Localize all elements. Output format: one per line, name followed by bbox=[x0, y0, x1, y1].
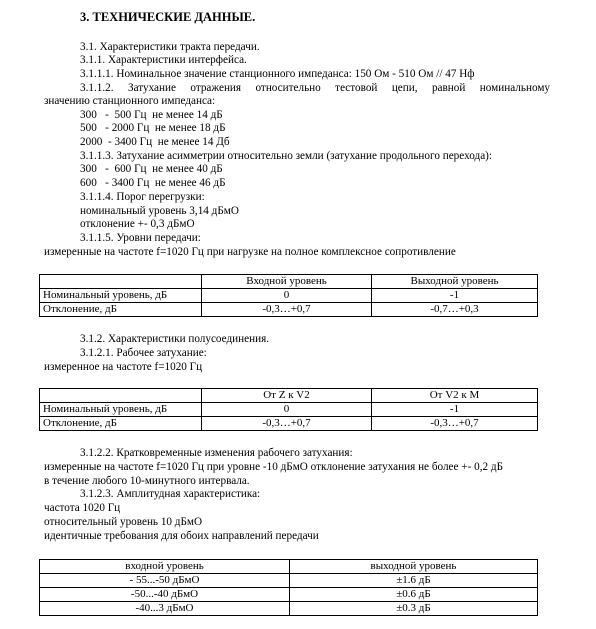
paragraph-3-1-1-5-note: измеренные на частоте f=1020 Гц при нагр… bbox=[44, 246, 456, 259]
heading-3-1-2-2: 3.1.2.2. Кратковременные изменения рабоч… bbox=[80, 447, 353, 460]
table-header-row: входной уровень выходной уровень bbox=[40, 560, 538, 574]
paragraph-3-1-1-3: 3.1.1.3. Затухание асимметрии относитель… bbox=[80, 150, 492, 163]
table-cell: -50...-40 дБмО bbox=[40, 588, 290, 602]
paragraph-3-1-2-2-cont: в течение любого 10-минутного интервала. bbox=[44, 475, 250, 488]
table-row: Номинальный уровень, дБ 0 -1 bbox=[40, 403, 538, 417]
table-cell: ±0.6 дБ bbox=[290, 588, 538, 602]
reflection-line: 2000 - 3400 Гц не менее 14 Дб bbox=[80, 136, 230, 149]
table-cell: Отклонение, дБ bbox=[40, 303, 202, 317]
working-attenuation-table: От Z к V2 От V2 к M Номинальный уровень,… bbox=[39, 388, 538, 431]
overload-line: номинальный уровень 3,14 дБмО bbox=[80, 205, 239, 218]
table-cell: -40...3 дБмО bbox=[40, 602, 290, 616]
reflection-line: 300 - 500 Гц не менее 14 дБ bbox=[80, 109, 223, 122]
table-header-cell: Входной уровень bbox=[202, 275, 372, 289]
section-title: 3. ТЕХНИЧЕСКИЕ ДАННЫЕ. bbox=[80, 11, 255, 24]
table-cell: -0,3…+0,7 bbox=[372, 417, 538, 431]
table-header-cell: входной уровень bbox=[40, 560, 290, 574]
table-cell: -0,3…+0,7 bbox=[202, 417, 372, 431]
heading-3-1-2-1: 3.1.2.1. Рабочее затухание: bbox=[80, 347, 207, 360]
table-header-cell: Выходной уровень bbox=[372, 275, 538, 289]
heading-3-1-2-3: 3.1.2.3. Амплитудная характеристика: bbox=[80, 488, 260, 501]
amplitude-line: относительный уровень 10 дБмО bbox=[44, 516, 202, 529]
table-header-cell bbox=[40, 275, 202, 289]
heading-3-1: 3.1. Характеристики тракта передачи. bbox=[80, 41, 260, 54]
overload-line: отклонение +- 0,3 дБмО bbox=[80, 218, 195, 231]
table-cell: -1 bbox=[372, 289, 538, 303]
paragraph-3-1-1-4: 3.1.1.4. Порог перегрузки: bbox=[80, 191, 205, 204]
table-header-cell: От Z к V2 bbox=[202, 389, 372, 403]
table-row: -50...-40 дБмО ±0.6 дБ bbox=[40, 588, 538, 602]
table-header-cell: выходной уровень bbox=[290, 560, 538, 574]
paragraph-3-1-2-1-note: измеренное на частоте f=1020 Гц bbox=[44, 361, 202, 374]
amplitude-table: входной уровень выходной уровень - 55...… bbox=[39, 559, 538, 616]
table-header-row: Входной уровень Выходной уровень bbox=[40, 275, 538, 289]
table-cell: 0 bbox=[202, 289, 372, 303]
table-row: Номинальный уровень, дБ 0 -1 bbox=[40, 289, 538, 303]
table-row: Отклонение, дБ -0,3…+0,7 -0,3…+0,7 bbox=[40, 417, 538, 431]
table-row: - 55...-50 дБмО ±1.6 дБ bbox=[40, 574, 538, 588]
table-cell: - 55...-50 дБмО bbox=[40, 574, 290, 588]
table-cell: -0,7…+0,3 bbox=[372, 303, 538, 317]
asymmetry-line: 600 - 3400 Гц не менее 46 дБ bbox=[80, 177, 226, 190]
heading-3-1-2: 3.1.2. Характеристики полусоединения. bbox=[80, 333, 269, 346]
table-cell: -1 bbox=[372, 403, 538, 417]
paragraph-3-1-2-2: измеренные на частоте f=1020 Гц при уров… bbox=[44, 461, 503, 474]
table-row: -40...3 дБмО ±0.3 дБ bbox=[40, 602, 538, 616]
paragraph-3-1-1-1: 3.1.1.1. Номинальное значение станционно… bbox=[80, 68, 475, 81]
paragraph-3-1-1-2: 3.1.1.2. Затухание отражения относительн… bbox=[80, 82, 550, 95]
transmission-levels-table: Входной уровень Выходной уровень Номинал… bbox=[39, 274, 538, 317]
amplitude-line: частота 1020 Гц bbox=[44, 502, 120, 515]
table-cell: Отклонение, дБ bbox=[40, 417, 202, 431]
heading-3-1-1: 3.1.1. Характеристики интерфейса. bbox=[80, 54, 247, 67]
amplitude-line: идентичные требования для обоих направле… bbox=[44, 530, 319, 543]
table-header-cell bbox=[40, 389, 202, 403]
table-cell: 0 bbox=[202, 403, 372, 417]
table-cell: ±1.6 дБ bbox=[290, 574, 538, 588]
table-cell: Номинальный уровень, дБ bbox=[40, 403, 202, 417]
table-row: Отклонение, дБ -0,3…+0,7 -0,7…+0,3 bbox=[40, 303, 538, 317]
paragraph-3-1-1-5: 3.1.1.5. Уровни передачи: bbox=[80, 232, 201, 245]
asymmetry-line: 300 - 600 Гц не менее 40 дБ bbox=[80, 163, 223, 176]
paragraph-3-1-1-2-cont: значению станционного импеданса: bbox=[44, 95, 215, 108]
table-header-cell: От V2 к M bbox=[372, 389, 538, 403]
table-cell: Номинальный уровень, дБ bbox=[40, 289, 202, 303]
table-header-row: От Z к V2 От V2 к M bbox=[40, 389, 538, 403]
table-cell: ±0.3 дБ bbox=[290, 602, 538, 616]
reflection-line: 500 - 2000 Гц не менее 18 дБ bbox=[80, 122, 226, 135]
table-cell: -0,3…+0,7 bbox=[202, 303, 372, 317]
